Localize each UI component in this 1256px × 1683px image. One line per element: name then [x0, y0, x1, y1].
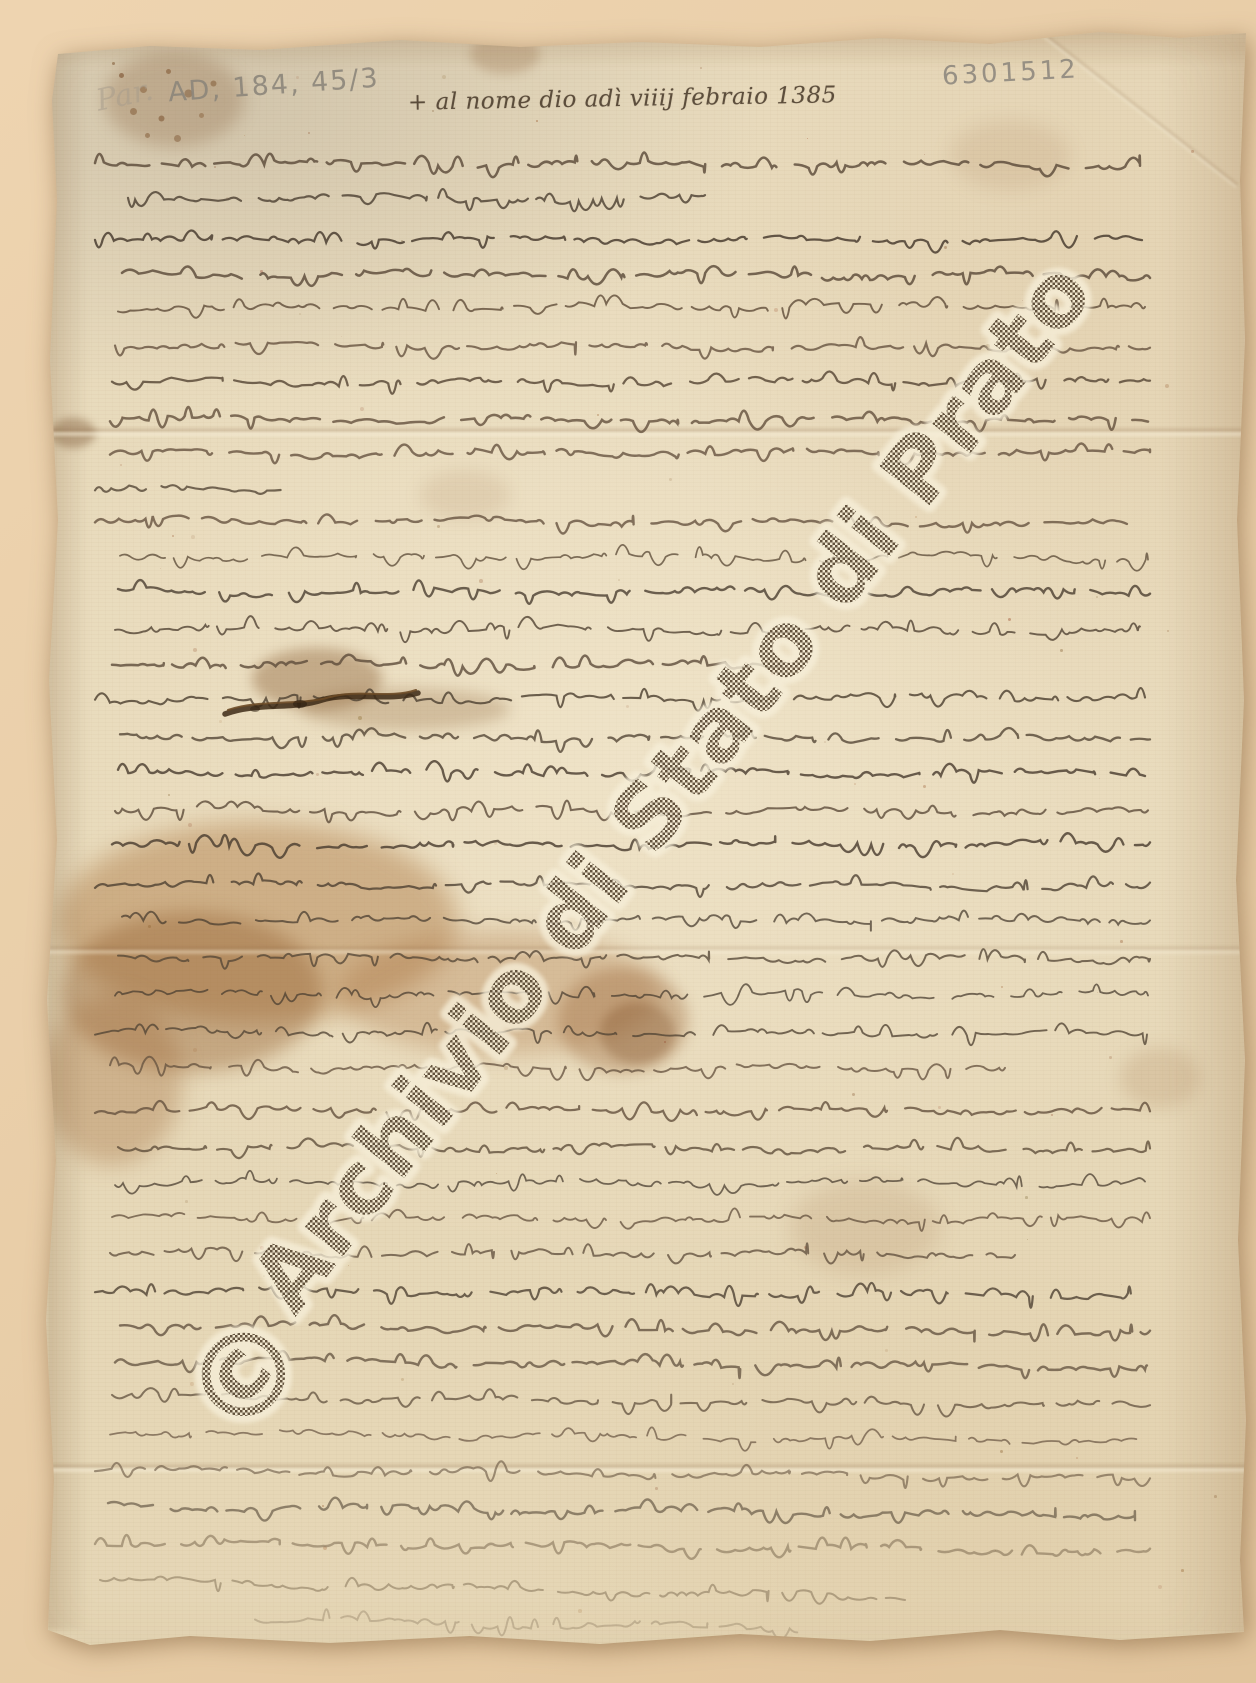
watermark-group: © Archivio di Stato di Prato © Archivio … — [148, 241, 1147, 1463]
paper-shadow-wrap: Par. AD, 184, 45/3 6301512 + al nome dio… — [0, 0, 1256, 1683]
watermark-text: Archivio di Stato di Prato — [230, 241, 1113, 1331]
scan-backdrop: Par. AD, 184, 45/3 6301512 + al nome dio… — [0, 0, 1256, 1683]
watermark-layer: © Archivio di Stato di Prato © Archivio … — [0, 0, 1256, 1683]
manuscript-page: Par. AD, 184, 45/3 6301512 + al nome dio… — [0, 0, 1256, 1683]
